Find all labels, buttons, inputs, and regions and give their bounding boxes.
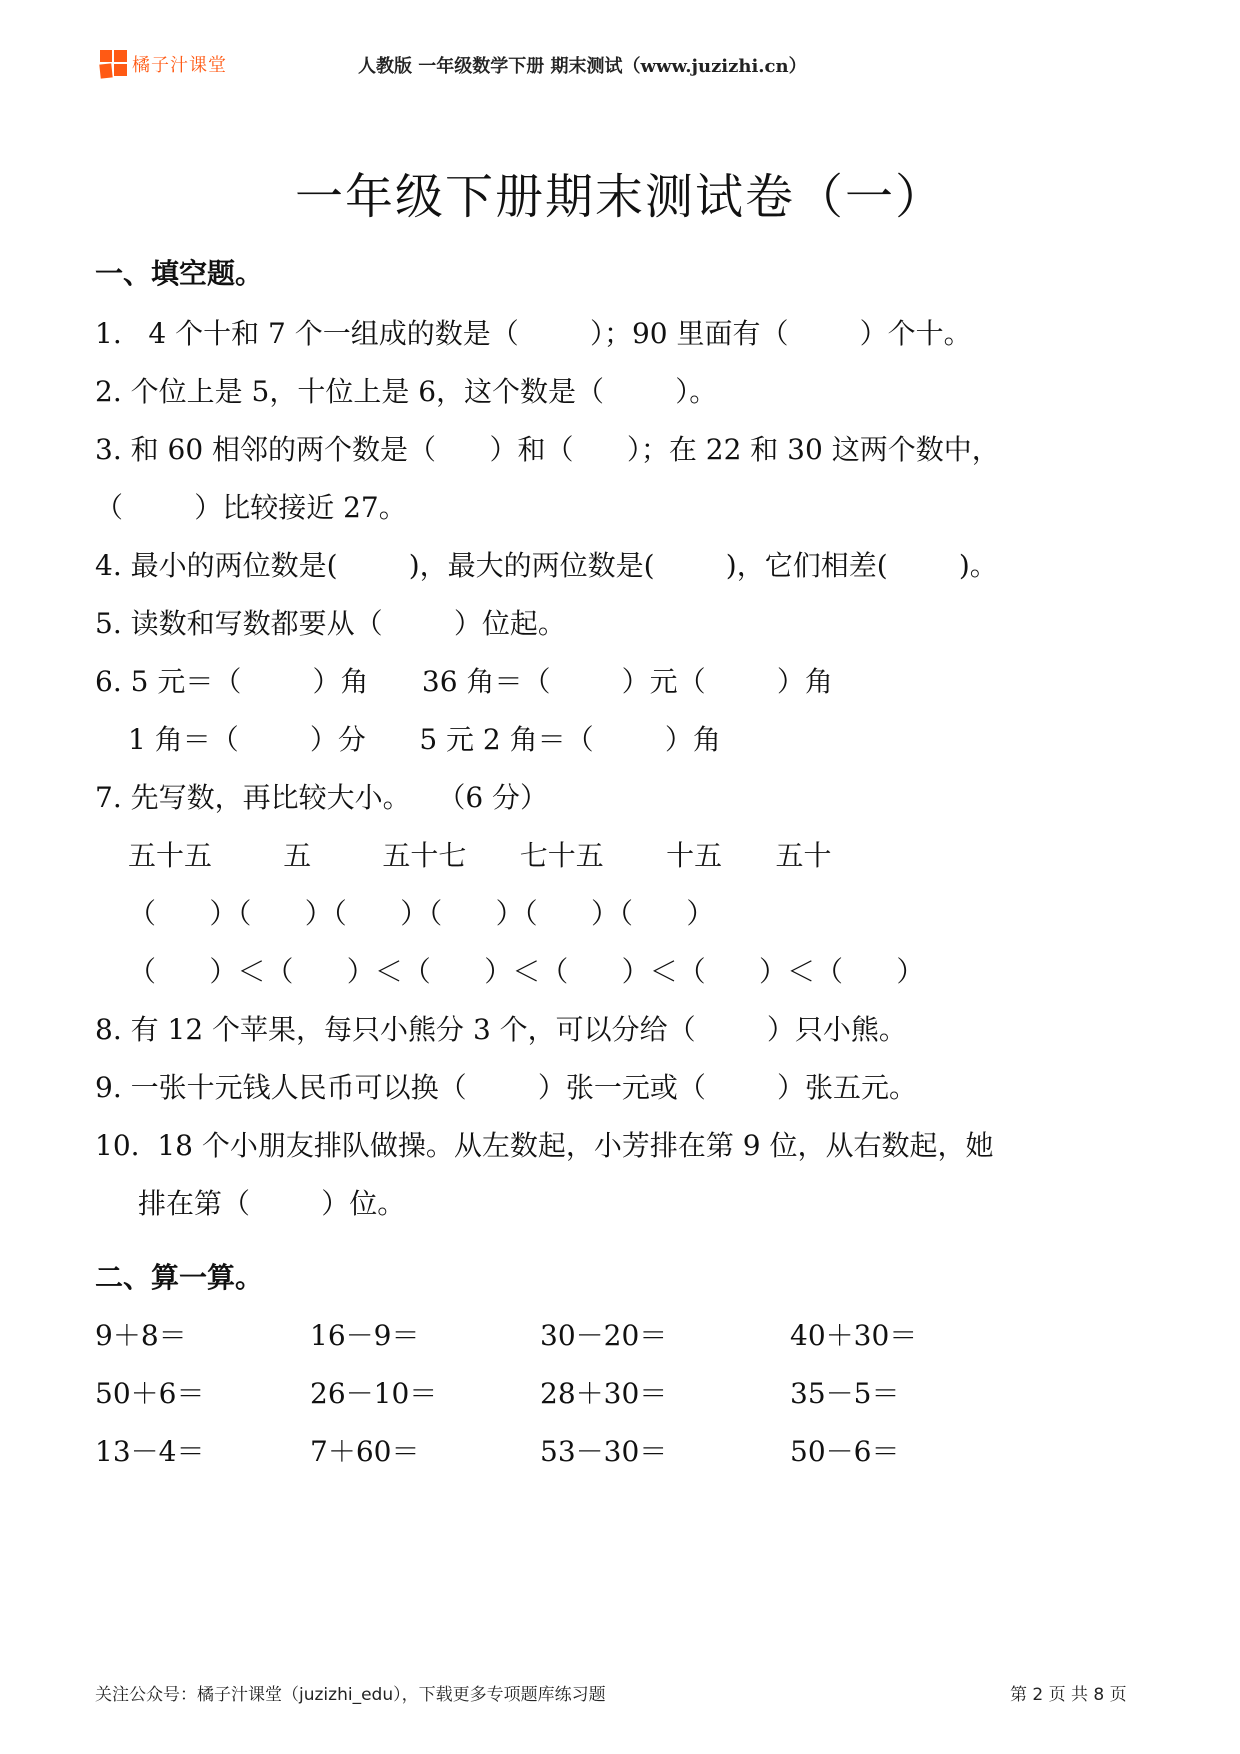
- calc-item: 26－10＝: [310, 1372, 437, 1412]
- calc-item: 9＋8＝: [95, 1314, 187, 1354]
- logo-text: 橘子汁课堂: [132, 51, 227, 77]
- question-5: 5. 读数和写数都要从（ ）位起。: [95, 602, 566, 642]
- calc-item: 16－9＝: [310, 1314, 419, 1354]
- question-8: 8. 有 12 个苹果，每只小熊分 3 个，可以分给（ ）只小熊。: [95, 1008, 907, 1048]
- footer-promo: 关注公众号：橘子汁课堂（juzizhi_edu），下载更多专项题库练习题: [95, 1680, 606, 1705]
- calc-item: 53－30＝: [540, 1430, 667, 1470]
- question-3-cont: （ ）比较接近 27。: [95, 486, 407, 526]
- question-7-words: 五十五 五 五十七 七十五 十五 五十: [128, 834, 832, 874]
- calc-item: 7＋60＝: [310, 1430, 419, 1470]
- question-10-cont: 排在第（ ）位。: [138, 1182, 405, 1222]
- calc-item: 28＋30＝: [540, 1372, 667, 1412]
- page-number: 第 2 页 共 8 页: [1010, 1680, 1127, 1705]
- calc-item: 30－20＝: [540, 1314, 667, 1354]
- section-title-calc: 二、算一算。: [95, 1256, 263, 1296]
- document-title: 一年级下册期末测试卷（一）: [0, 158, 1240, 227]
- logo: 橘子汁课堂: [100, 50, 227, 78]
- question-6-cont: 1 角＝（ ）分 5 元 2 角＝（ ）角: [128, 718, 721, 758]
- page-header: 橘子汁课堂 人教版 一年级数学下册 期末测试（www.juzizhi.cn）: [0, 44, 1240, 84]
- question-10: 10. 18 个小朋友排队做操。从左数起，小芳排在第 9 位，从右数起，她: [95, 1124, 993, 1164]
- question-7-blanks: （ ）（ ）（ ）（ ）（ ）（ ）: [128, 892, 714, 932]
- question-6: 6. 5 元＝（ ）角 36 角＝（ ）元（ ）角: [95, 660, 833, 700]
- question-9: 9. 一张十元钱人民币可以换（ ）张一元或（ ）张五元。: [95, 1066, 917, 1106]
- calc-item: 40＋30＝: [790, 1314, 917, 1354]
- section-title-fill-blank: 一、填空题。: [95, 252, 263, 292]
- question-2: 2. 个位上是 5，十位上是 6，这个数是（ ）。: [95, 370, 717, 410]
- header-title: 人教版 一年级数学下册 期末测试（www.juzizhi.cn）: [358, 52, 807, 78]
- calc-item: 50－6＝: [790, 1430, 899, 1470]
- question-3: 3. 和 60 相邻的两个数是（ ）和（ ）；在 22 和 30 这两个数中，: [95, 428, 1000, 468]
- calc-item: 13－4＝: [95, 1430, 204, 1470]
- question-7: 7. 先写数，再比较大小。 （6 分）: [95, 776, 548, 816]
- question-4: 4. 最小的两位数是( )，最大的两位数是( )，它们相差( )。: [95, 544, 998, 584]
- calc-item: 35－5＝: [790, 1372, 899, 1412]
- question-1: 1. 4 个十和 7 个一组成的数是（ ）；90 里面有（ ）个十。: [95, 312, 972, 352]
- logo-icon: [100, 50, 128, 78]
- question-7-compare: （ ）＜（ ）＜（ ）＜（ ）＜（ ）＜（ ）: [128, 950, 924, 990]
- calc-item: 50＋6＝: [95, 1372, 204, 1412]
